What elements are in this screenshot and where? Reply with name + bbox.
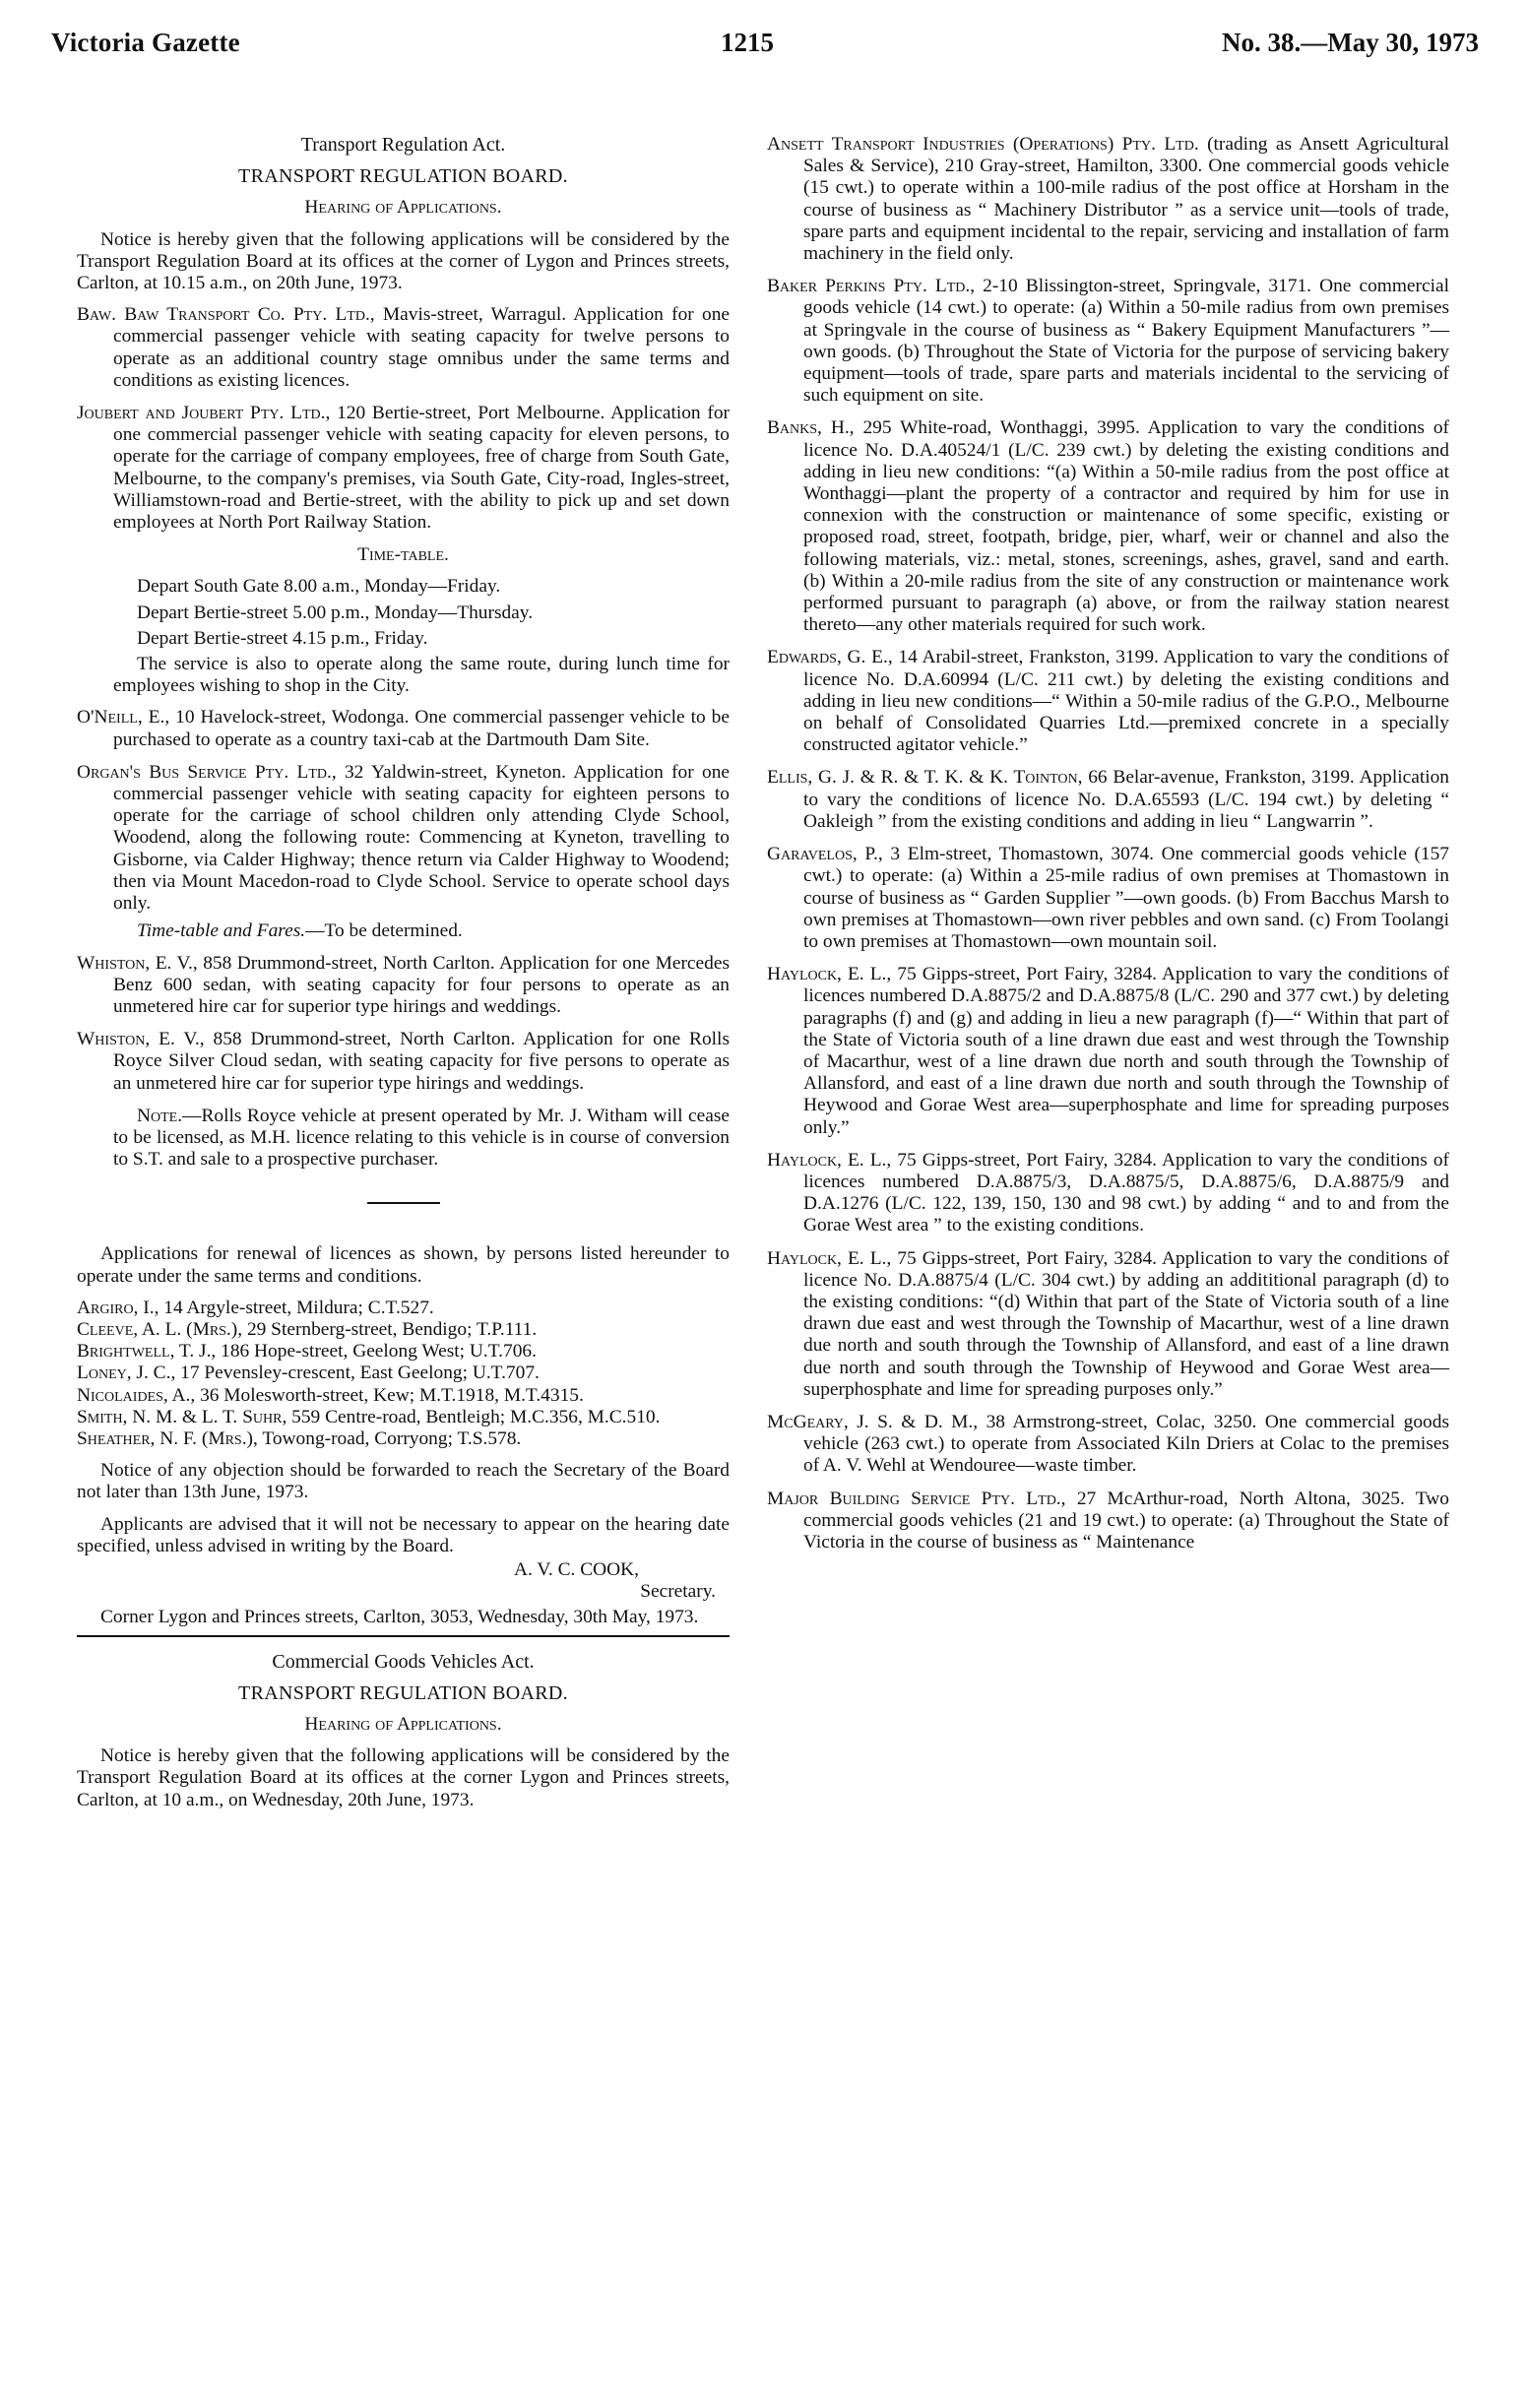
board-title: TRANSPORT REGULATION BOARD. <box>77 165 730 187</box>
note-text: —Rolls Royce vehicle at present operated… <box>113 1106 730 1170</box>
applicant-name: Organ's Bus Service Pty. Ltd. <box>77 762 332 783</box>
renewal-text: , 29 Sternberg-street, Bendigo; T.P.111. <box>237 1319 537 1340</box>
application-text: , 75 Gipps-street, Port Fairy, 3284. App… <box>803 1150 1449 1236</box>
applicant-name: Major Building Service Pty. Ltd. <box>767 1489 1061 1509</box>
application-entry: Garavelos, P., 3 Elm-street, Thomastown,… <box>767 844 1449 953</box>
application-entry: Baw. Baw Transport Co. Pty. Ltd., Mavis-… <box>77 304 730 392</box>
application-entry: Edwards, G. E., 14 Arabil-street, Franks… <box>767 647 1449 756</box>
right-column: Ansett Transport Industries (Operations)… <box>767 134 1449 1564</box>
renewal-name: Nicolaides, A. <box>77 1385 190 1406</box>
renewals-list: Argiro, I., 14 Argyle-street, Mildura; C… <box>77 1298 730 1450</box>
application-text: , 3 Elm-street, Thomastown, 3074. One co… <box>803 844 1449 952</box>
application-entry: Banks, H., 295 White-road, Wonthaggi, 39… <box>767 417 1449 636</box>
renewals-intro: Applications for renewal of licences as … <box>77 1243 730 1287</box>
applicant-name: Whiston, E. V. <box>77 1029 200 1049</box>
renewal-name: Brightwell, T. J. <box>77 1341 211 1362</box>
renewal-item: Cleeve, A. L. (Mrs.), 29 Sternberg-stree… <box>77 1319 730 1341</box>
timetable-heading: Time-table. <box>77 544 730 566</box>
application-entry: Joubert and Joubert Pty. Ltd., 120 Berti… <box>77 403 730 534</box>
section-divider <box>367 1202 440 1204</box>
fares-label: Time-table and Fares. <box>137 920 305 941</box>
applicant-name: Haylock, E. L. <box>767 1150 886 1171</box>
renewal-text: , 17 Pevensley-crescent, East Geelong; U… <box>170 1362 539 1383</box>
application-text: , 858 Drummond-street, North Carlton. Ap… <box>113 953 730 1017</box>
fares-text: —To be determined. <box>305 920 463 941</box>
renewal-name: Smith, N. M. & L. T. Suhr <box>77 1407 282 1427</box>
applicant-name: Banks, H. <box>767 417 850 438</box>
renewal-name: Sheather, N. F. (Mrs.) <box>77 1428 253 1449</box>
timetable-line: Depart Bertie-street 4.15 p.m., Friday. <box>77 628 730 650</box>
application-entry: Whiston, E. V., 858 Drummond-street, Nor… <box>77 953 730 1019</box>
renewal-item: Argiro, I., 14 Argyle-street, Mildura; C… <box>77 1298 730 1319</box>
note-label: Note. <box>137 1106 182 1126</box>
applicant-name: Joubert and Joubert Pty. Ltd. <box>77 403 325 423</box>
renewal-item: Sheather, N. F. (Mrs.), Towong-road, Cor… <box>77 1428 730 1450</box>
board-title: TRANSPORT REGULATION BOARD. <box>77 1682 730 1704</box>
application-entry: Ellis, G. J. & R. & T. K. & K. Tointon, … <box>767 767 1449 833</box>
renewal-item: Loney, J. C., 17 Pevensley-crescent, Eas… <box>77 1362 730 1384</box>
act-title: Transport Regulation Act. <box>77 134 730 156</box>
applicant-name: O'Neill, E. <box>77 707 164 728</box>
renewal-text: , 186 Hope-street, Geelong West; U.T.706… <box>211 1341 537 1362</box>
application-text: , 75 Gipps-street, Port Fairy, 3284. App… <box>803 964 1449 1137</box>
notice-intro: Notice is hereby given that the followin… <box>77 1745 730 1811</box>
notice-divider <box>77 1635 730 1637</box>
renewal-item: Smith, N. M. & L. T. Suhr, 559 Centre-ro… <box>77 1407 730 1428</box>
rolls-royce-note: Note.—Rolls Royce vehicle at present ope… <box>77 1106 730 1172</box>
application-text: , 10 Havelock-street, Wodonga. One comme… <box>113 707 730 749</box>
application-text: , 32 Yaldwin-street, Kyneton. Applicatio… <box>113 762 730 914</box>
application-entry: Baker Perkins Pty. Ltd., 2-10 Blissingto… <box>767 276 1449 407</box>
issue-date: No. 38.—May 30, 1973 <box>1222 28 1479 58</box>
renewal-text: , 36 Molesworth-street, Kew; M.T.1918, M… <box>190 1385 583 1406</box>
application-entry: Haylock, E. L., 75 Gipps-street, Port Fa… <box>767 1150 1449 1237</box>
application-entry: O'Neill, E., 10 Havelock-street, Wodonga… <box>77 707 730 750</box>
publication-title: Victoria Gazette <box>51 28 240 58</box>
address-date: Corner Lygon and Princes streets, Carlto… <box>77 1607 730 1628</box>
objection-notice: Notice of any objection should be forwar… <box>77 1460 730 1503</box>
application-entry: Major Building Service Pty. Ltd., 27 McA… <box>767 1489 1449 1554</box>
application-entry: Whiston, E. V., 858 Drummond-street, Nor… <box>77 1029 730 1095</box>
renewal-item: Brightwell, T. J., 186 Hope-street, Geel… <box>77 1341 730 1362</box>
applicant-name: Haylock, E. L. <box>767 964 886 984</box>
applicant-name: Haylock, E. L. <box>767 1248 886 1269</box>
timetable-line: Depart South Gate 8.00 a.m., Monday—Frid… <box>77 576 730 598</box>
page-number: 1215 <box>721 28 774 58</box>
transport-regulation-notice: Transport Regulation Act. TRANSPORT REGU… <box>77 134 730 1171</box>
timetable-line: Depart Bertie-street 5.00 p.m., Monday—T… <box>77 602 730 624</box>
renewal-text: , 14 Argyle-street, Mildura; C.T.527. <box>155 1298 434 1318</box>
application-text: , 75 Gipps-street, Port Fairy, 3284. App… <box>803 1248 1449 1400</box>
applicant-name: Baw. Baw Transport Co. Pty. Ltd. <box>77 304 370 325</box>
applicant-name: Baker Perkins Pty. Ltd. <box>767 276 970 296</box>
renewal-name: Cleeve, A. L. (Mrs.) <box>77 1319 237 1340</box>
application-entry: Ansett Transport Industries (Operations)… <box>767 134 1449 265</box>
act-title: Commercial Goods Vehicles Act. <box>77 1651 730 1673</box>
applicant-advice: Applicants are advised that it will not … <box>77 1514 730 1557</box>
application-text: , 858 Drummond-street, North Carlton. Ap… <box>113 1029 730 1093</box>
applicant-name: Whiston, E. V. <box>77 953 193 974</box>
applicant-name: McGeary, J. S. & D. M. <box>767 1412 973 1432</box>
applicant-name: Edwards, G. E. <box>767 647 888 667</box>
applicant-name: Garavelos, P. <box>767 844 878 864</box>
application-text: , 295 White-road, Wonthaggi, 3995. Appli… <box>803 417 1449 635</box>
application-entry: McGeary, J. S. & D. M., 38 Armstrong-str… <box>767 1412 1449 1478</box>
application-entry: Haylock, E. L., 75 Gipps-street, Port Fa… <box>767 1248 1449 1401</box>
application-entry: Haylock, E. L., 75 Gipps-street, Port Fa… <box>767 964 1449 1139</box>
applicant-name: Ellis, G. J. & R. & T. K. & K. Tointon <box>767 767 1078 788</box>
signatory-name: A. V. C. COOK, <box>77 1559 730 1581</box>
renewal-text: , Towong-road, Corryong; T.S.578. <box>253 1428 521 1449</box>
signatory-title: Secretary. <box>77 1581 730 1603</box>
section-subhead: Hearing of Applications. <box>77 197 730 219</box>
application-entry: Organ's Bus Service Pty. Ltd., 32 Yaldwi… <box>77 762 730 915</box>
notice-intro: Notice is hereby given that the followin… <box>77 229 730 295</box>
section-subhead: Hearing of Applications. <box>77 1714 730 1736</box>
renewals-section: Applications for renewal of licences as … <box>77 1243 730 1628</box>
page-header: Victoria Gazette 1215 No. 38.—May 30, 19… <box>51 28 1479 67</box>
applicant-name: Ansett Transport Industries (Operations)… <box>767 134 1199 155</box>
renewal-name: Argiro, I. <box>77 1298 155 1318</box>
timetable-note: The service is also to operate along the… <box>77 654 730 697</box>
renewal-name: Loney, J. C. <box>77 1362 170 1383</box>
renewal-text: , 559 Centre-road, Bentleigh; M.C.356, M… <box>282 1407 660 1427</box>
fares-note: Time-table and Fares.—To be determined. <box>77 920 730 942</box>
left-column: Transport Regulation Act. TRANSPORT REGU… <box>77 134 730 1821</box>
application-text: , 14 Arabil-street, Frankston, 3199. App… <box>803 647 1449 755</box>
commercial-goods-notice: Commercial Goods Vehicles Act. TRANSPORT… <box>77 1651 730 1811</box>
renewal-item: Nicolaides, A., 36 Molesworth-street, Ke… <box>77 1385 730 1407</box>
